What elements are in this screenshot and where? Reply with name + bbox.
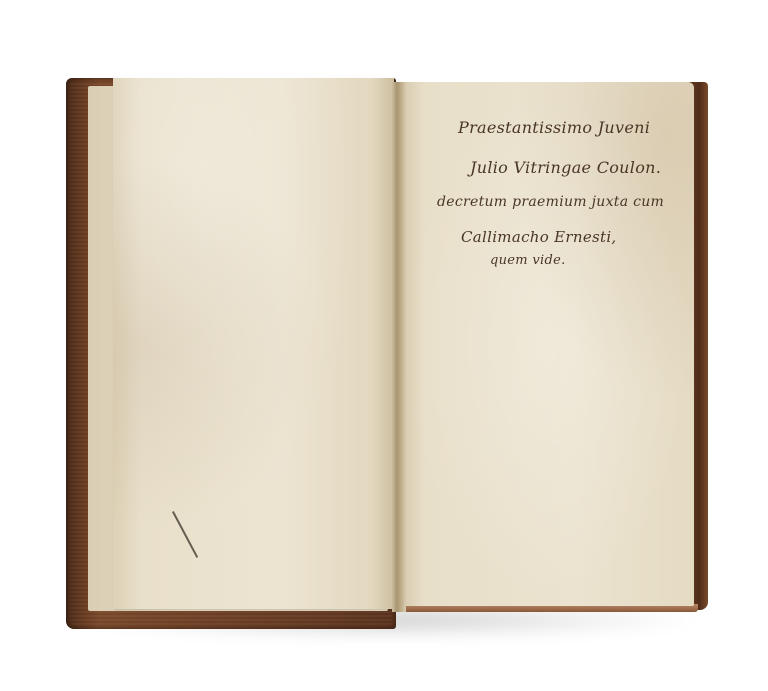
inscription-line: Callimacho Ernesti, bbox=[461, 228, 617, 246]
inscription-line: Julio Vitringae Coulon. bbox=[470, 158, 661, 177]
handwritten-inscription: Praestantissimo Juveni Julio Vitringae C… bbox=[0, 0, 768, 691]
inscription-line: quem vide. bbox=[490, 253, 566, 268]
inscription-line: Praestantissimo Juveni bbox=[458, 118, 650, 137]
inscription-line: decretum praemium juxta cum bbox=[437, 194, 664, 210]
book-photo: Praestantissimo Juveni Julio Vitringae C… bbox=[0, 0, 768, 691]
